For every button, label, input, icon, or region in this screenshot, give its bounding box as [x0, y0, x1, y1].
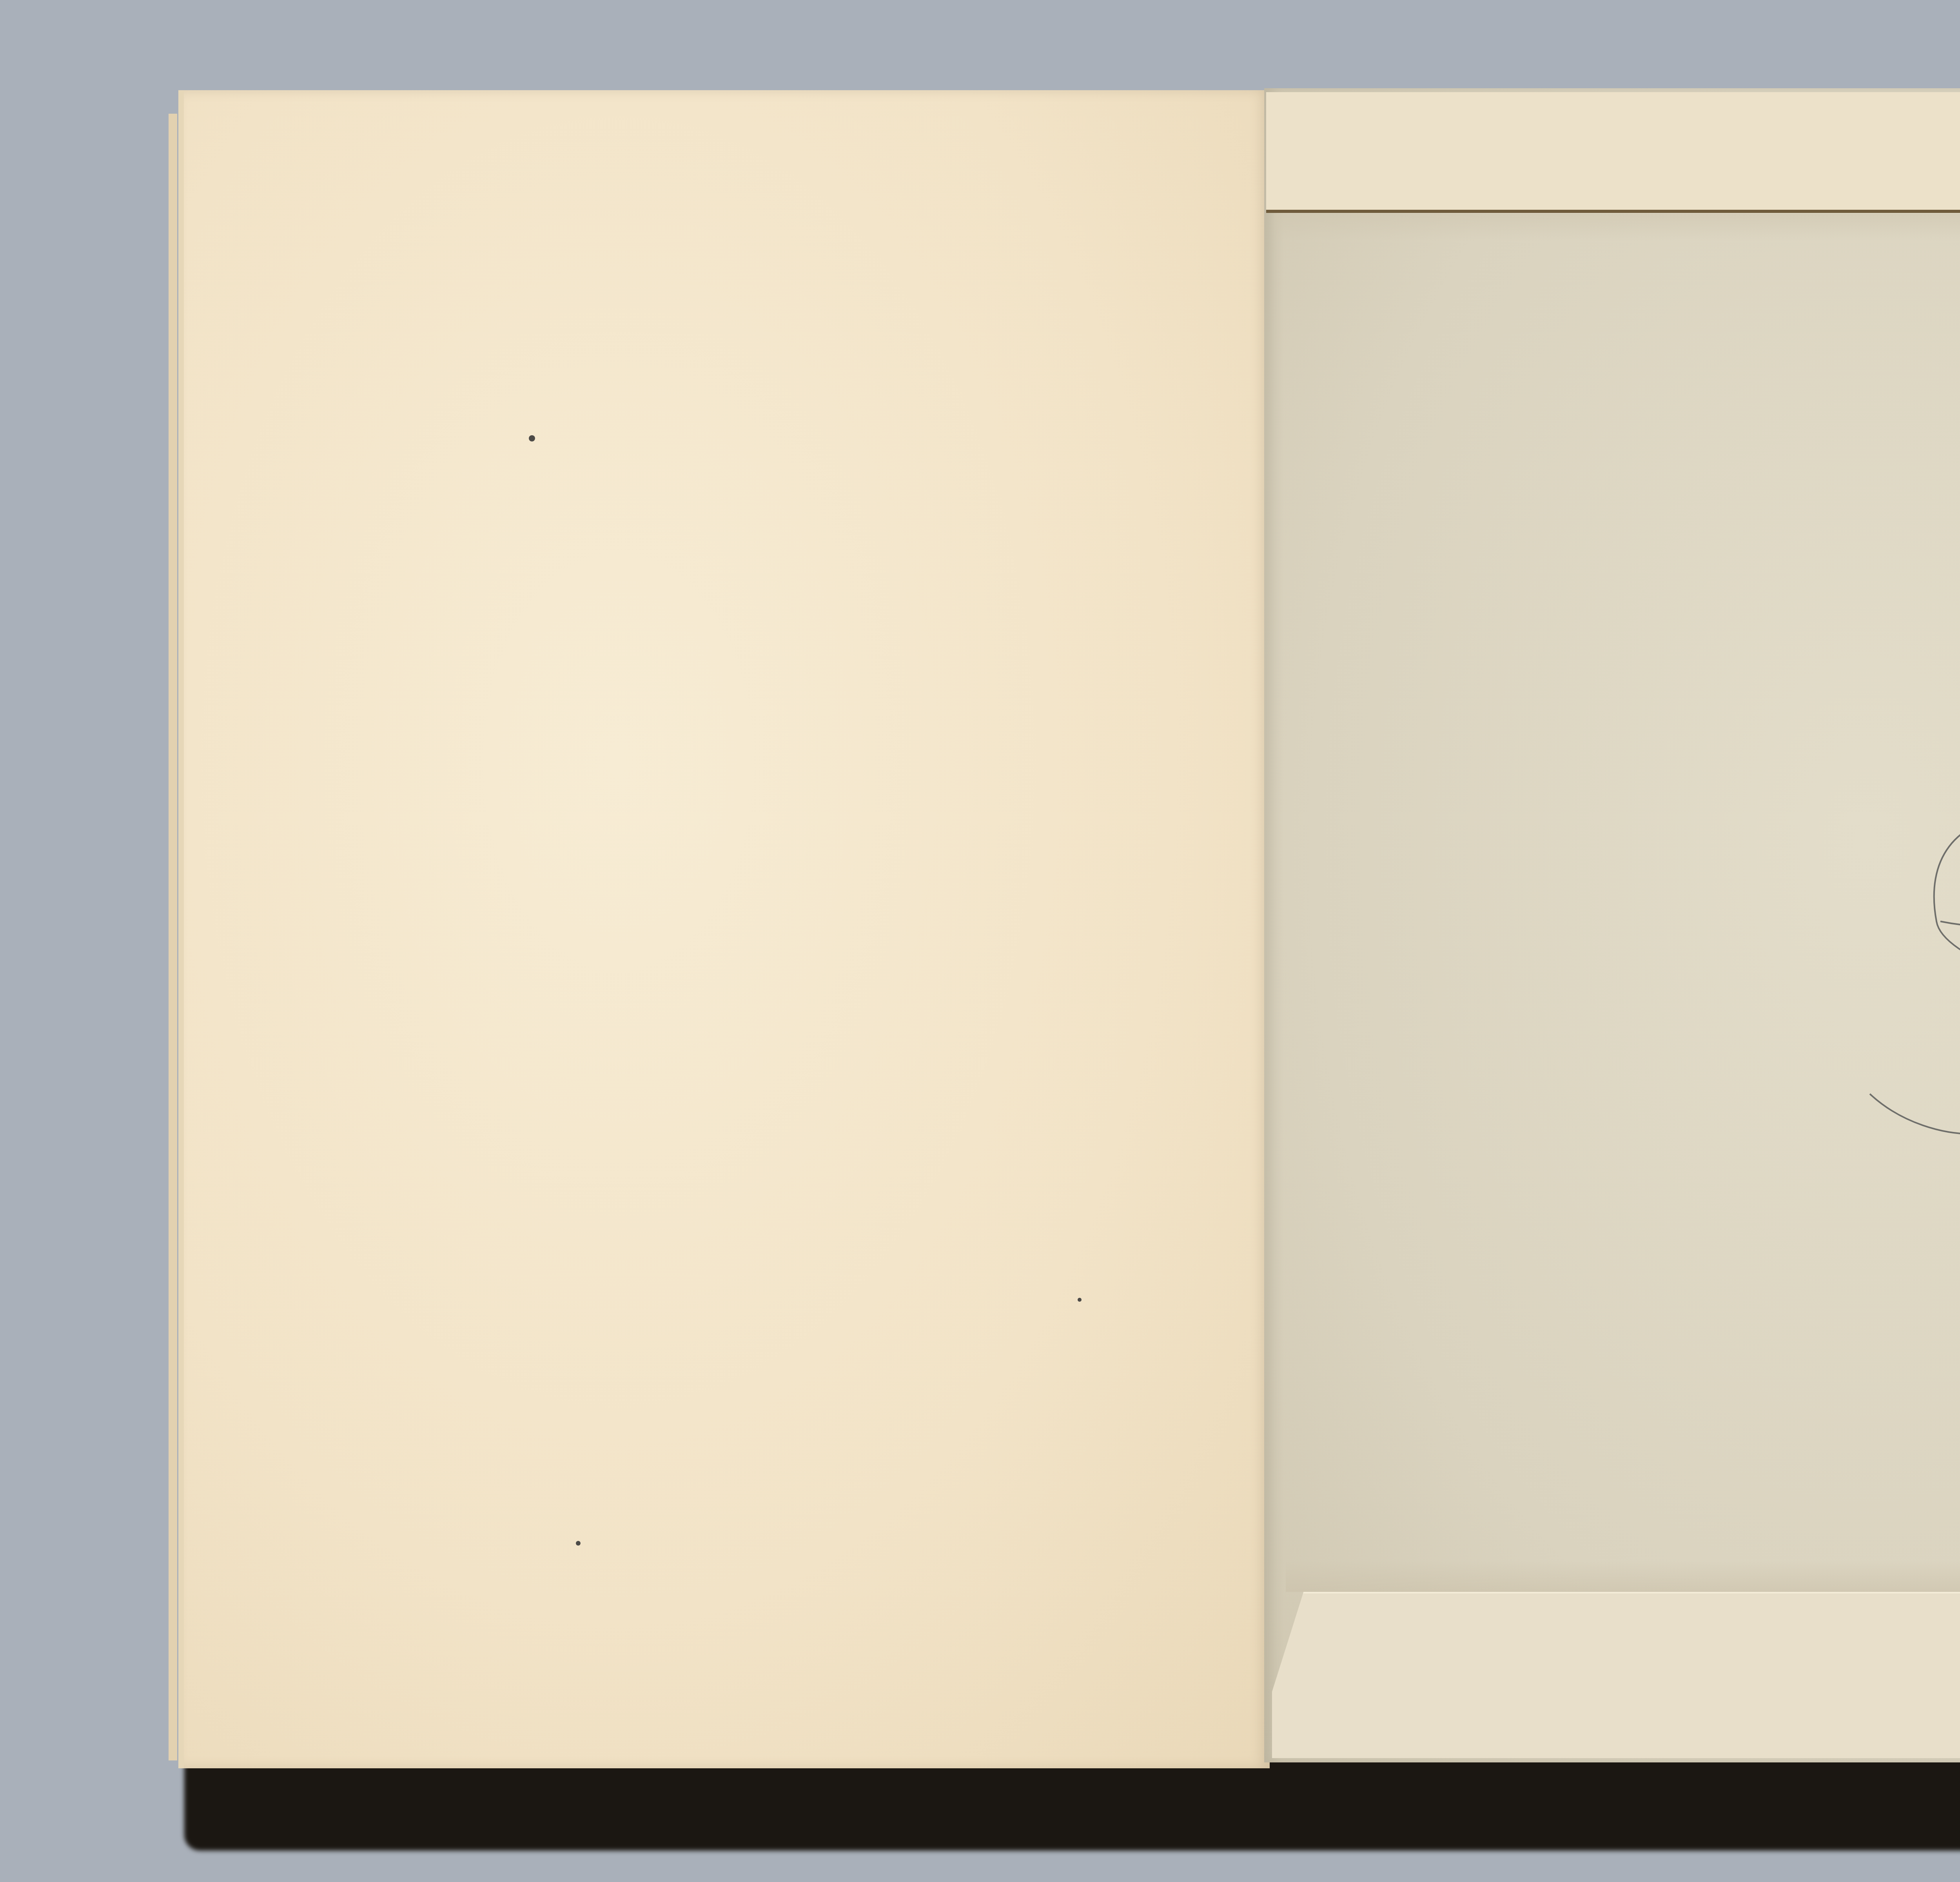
paper-speck: [529, 435, 535, 441]
folded-top-flap: [1266, 92, 1960, 213]
left-page: [178, 90, 1270, 1768]
pencil-stroke-mark: [1850, 804, 1960, 1215]
book-shadow: [184, 1757, 1960, 1851]
book-scene: [0, 0, 1960, 1882]
book-spine-edge: [169, 114, 177, 1760]
folded-bottom-flap: [1272, 1592, 1960, 1758]
torn-paper-edge-bottom: [1286, 1560, 1960, 1592]
torn-paper-edge-top: [1274, 214, 1960, 241]
paper-speck: [576, 1541, 581, 1546]
paper-speck: [1078, 1298, 1082, 1302]
